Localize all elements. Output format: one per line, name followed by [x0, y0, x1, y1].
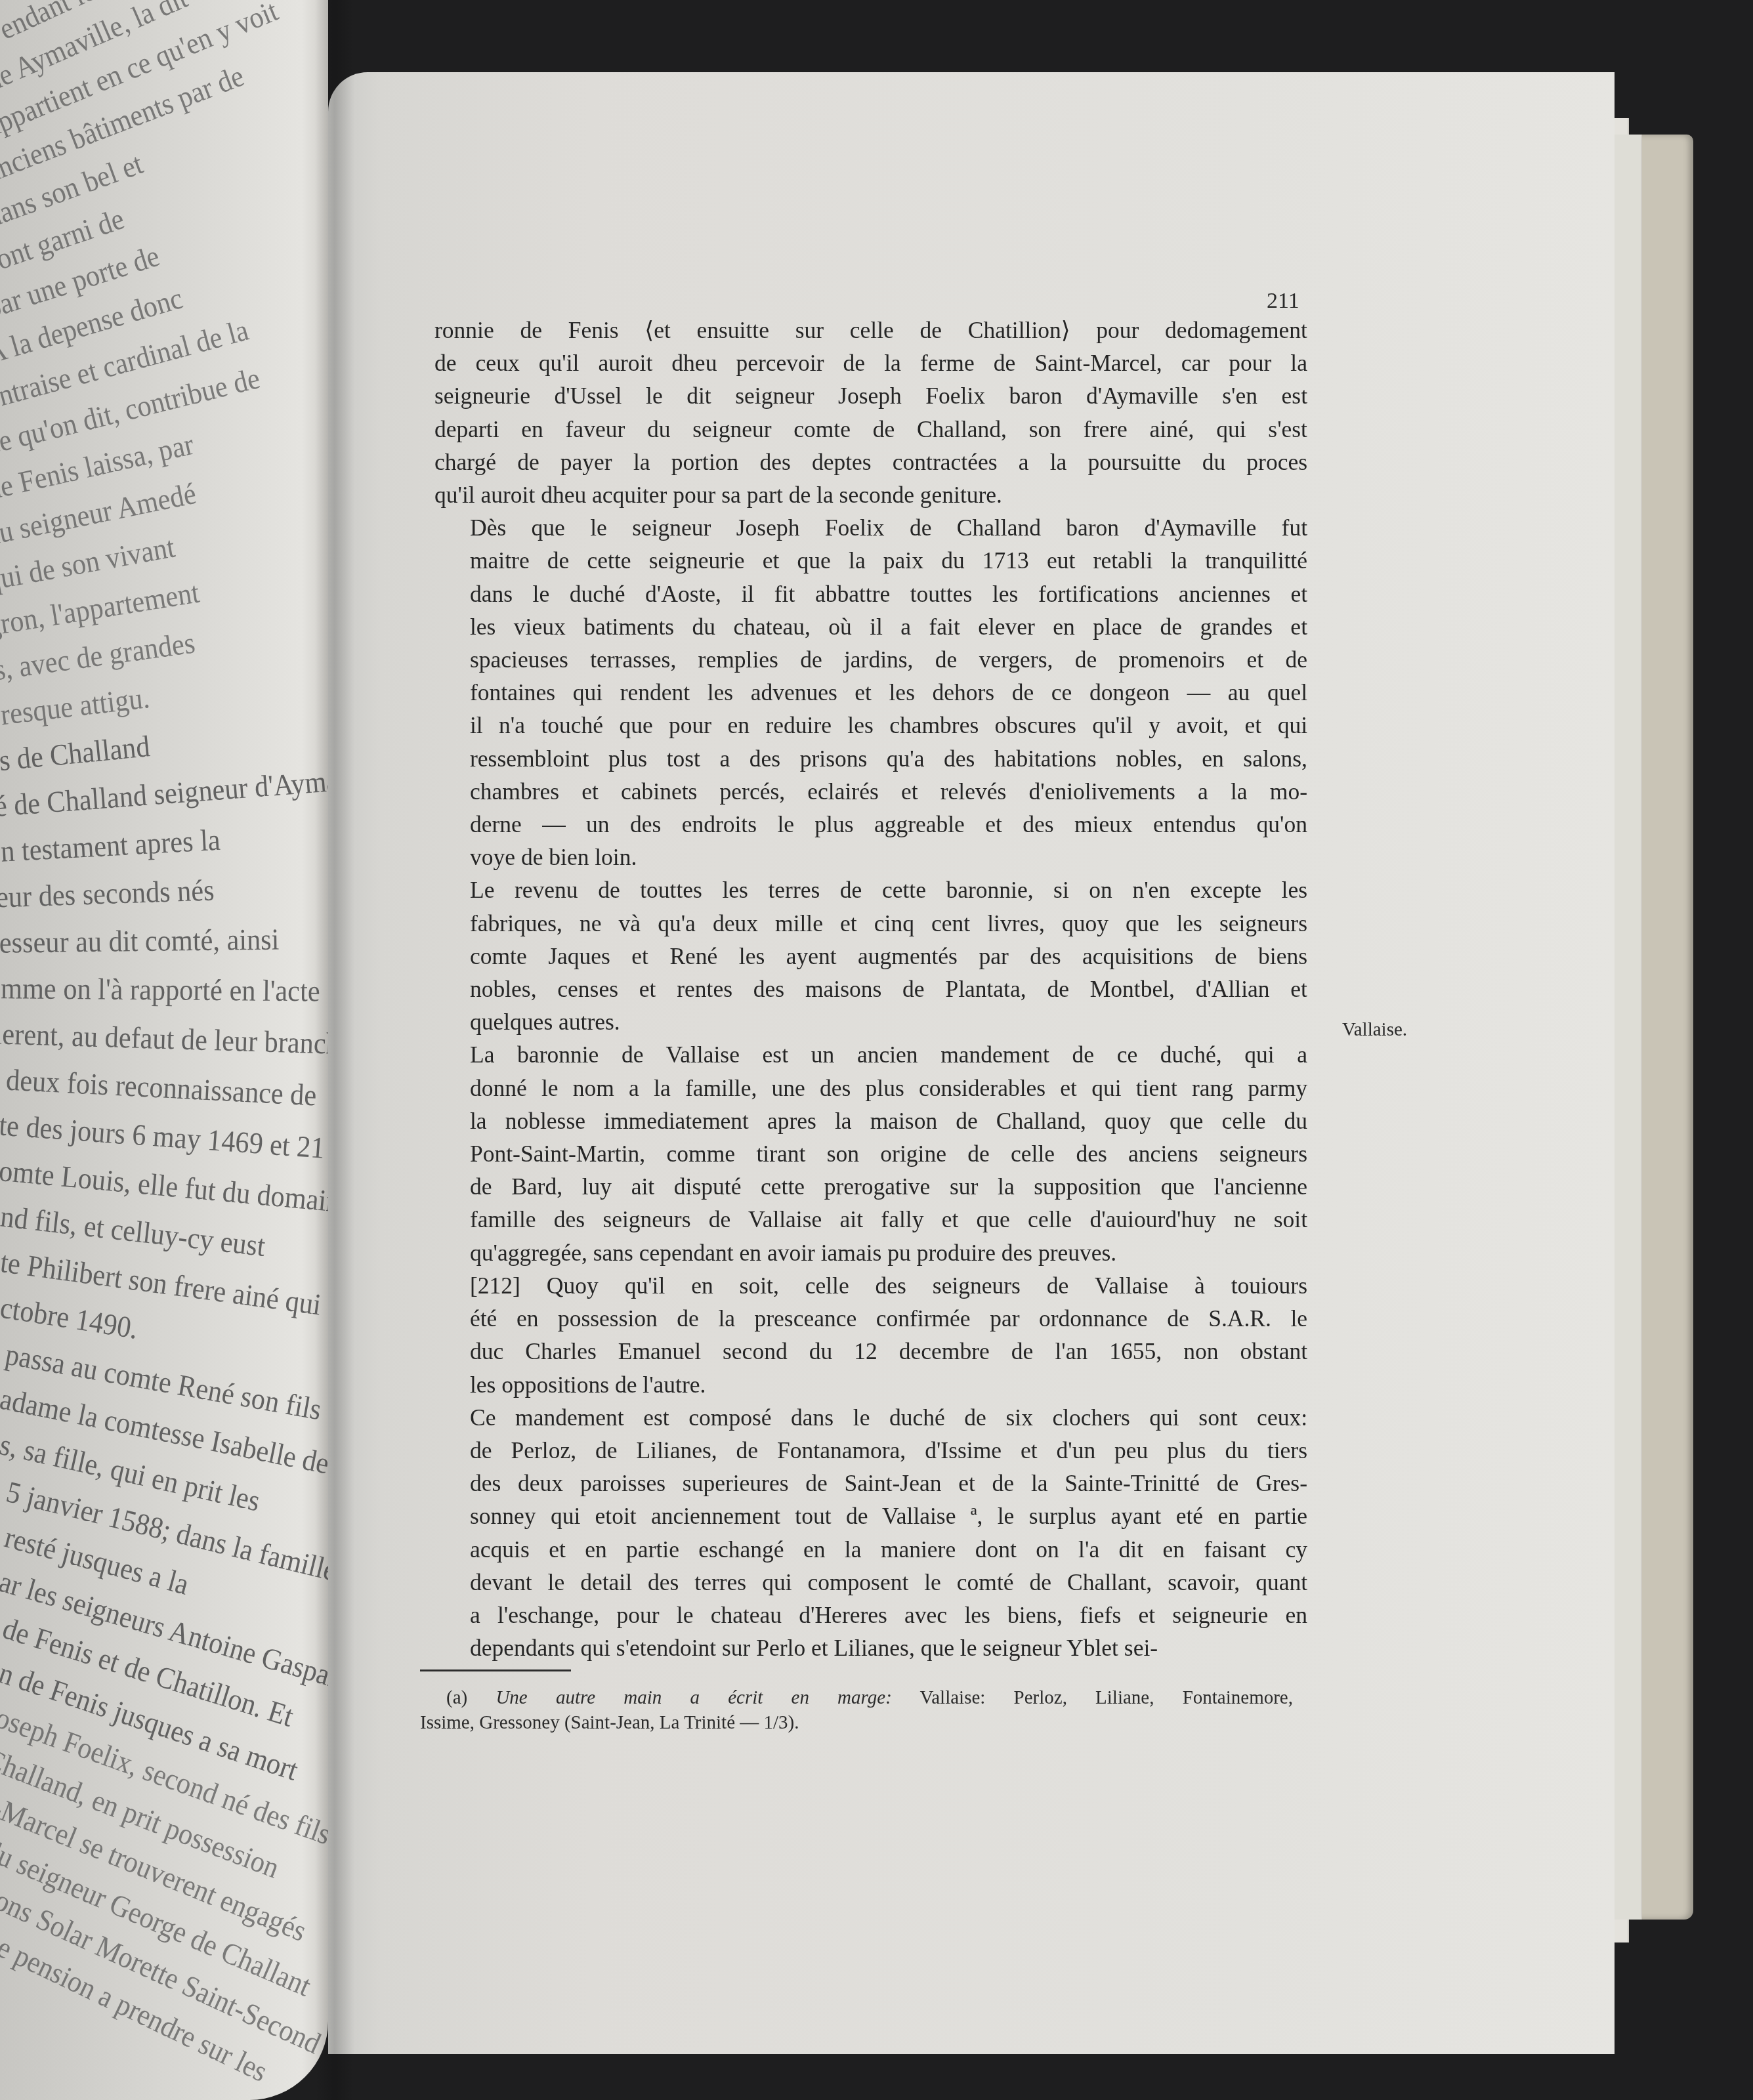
text-line: de Bard, luy ait disputé cette prerogati…	[434, 1170, 1307, 1203]
text-line: devant le detail des terres qui composen…	[434, 1566, 1307, 1599]
left-page-line: es de Challand	[0, 728, 152, 779]
text-line: Ce mandement est composé dans le duché d…	[434, 1401, 1307, 1434]
footnote: (a) Une autre main a écrit en marge: Val…	[420, 1685, 1293, 1735]
text-line: des deux paroisses superieures de Saint-…	[434, 1467, 1307, 1500]
text-line: sonney qui etoit anciennement tout de Va…	[434, 1500, 1307, 1532]
text-line: de Perloz, de Lilianes, de Fontanamora, …	[434, 1434, 1307, 1467]
text-line: Pont-Saint-Martin, comme tirant son orig…	[434, 1137, 1307, 1170]
text-line: les vieux batiments du chateau, où il a …	[434, 610, 1307, 643]
left-page-line: octobre 1490.	[0, 1288, 140, 1345]
text-line: ressembloint plus tost a des prisons qu'…	[434, 742, 1307, 775]
text-line: de ceux qu'il auroit dheu percevoir de l…	[434, 346, 1307, 379]
text-line: seigneurie d'Ussel le dit seigneur Josep…	[434, 379, 1307, 412]
text-line: departi en faveur du seigneur comte de C…	[434, 413, 1307, 446]
text-line: donné le nom a la famille, une des plus …	[434, 1072, 1307, 1104]
text-line: chambres et cabinets percés, eclairés et…	[434, 775, 1307, 808]
text-line: spacieuses terrasses, remplies de jardin…	[434, 643, 1307, 676]
text-line: [212] Quoy qu'il en soit, celle des seig…	[434, 1269, 1307, 1302]
text-line: voye de bien loin.	[434, 841, 1307, 873]
left-page-line: cte des jours 6 may 1469 et 21	[0, 1106, 326, 1165]
left-page-line: omme on l'à rapporté en l'acte	[0, 971, 320, 1008]
text-line: ronnie de Fenis ⟨et ensuitte sur celle d…	[434, 314, 1307, 346]
text-line: il n'a touché que pour en reduire les ch…	[434, 709, 1307, 742]
text-line: comte Jaques et René les ayent augmentés…	[434, 940, 1307, 973]
text-line: derne — un des endroits le plus aggreabl…	[434, 808, 1307, 841]
footnote-marker: (a)	[446, 1687, 467, 1708]
paragraph: [212] Quoy qu'il en soit, celle des seig…	[434, 1269, 1307, 1401]
footnote-text: Vallaise: Perloz, Liliane, Fontainemore,	[919, 1687, 1293, 1708]
paragraph: Ce mandement est composé dans le duché d…	[434, 1401, 1307, 1665]
text-line: dans le duché d'Aoste, il fit abbattre t…	[434, 577, 1307, 610]
left-page-line: reur des seconds nés	[0, 873, 215, 915]
left-page-line: presque attigu.	[0, 680, 152, 734]
paragraph: ronnie de Fenis ⟨et ensuitte sur celle d…	[434, 314, 1307, 511]
footnote-line-1: (a) Une autre main a écrit en marge: Val…	[420, 1685, 1293, 1710]
text-line: Le revenu de touttes les terres de cette…	[434, 873, 1307, 906]
paragraph: Dès que le seigneur Joseph Foelix de Cha…	[434, 511, 1307, 873]
text-line: qu'aggregée, sans cependant en avoir iam…	[434, 1236, 1307, 1269]
left-page-line: cesseur au dit comté, ainsi	[0, 922, 280, 960]
footnote-rule	[420, 1669, 571, 1671]
text-line: été en possession de la presceance confi…	[434, 1302, 1307, 1335]
text-line: nobles, censes et rentes des maisons de …	[434, 973, 1307, 1005]
left-page-line: llerent, au defaut de leur branche	[0, 1016, 328, 1061]
text-line: famille des seigneurs de Vallaise ait fa…	[434, 1203, 1307, 1236]
margin-note: Vallaise.	[1342, 1019, 1407, 1041]
text-line: fontaines qui rendent les advenues et le…	[434, 676, 1307, 709]
left-page-line: on testament apres la	[0, 822, 221, 870]
paragraph: Le revenu de touttes les terres de cette…	[434, 873, 1307, 1038]
text-line: a l'eschange, pour le chateau d'Hereres …	[434, 1599, 1307, 1631]
footnote-italic-lead: Une autre main a écrit en marge:	[496, 1687, 891, 1708]
text-line: acquis et en partie eschangé en la manie…	[434, 1533, 1307, 1566]
text-line: la noblesse immediatement apres la maiso…	[434, 1104, 1307, 1137]
text-line: quelques autres.	[434, 1005, 1307, 1038]
text-line: qu'il auroit dheu acquiter pour sa part …	[434, 478, 1307, 511]
text-line: dependants qui s'etendoint sur Perlo et …	[434, 1631, 1307, 1664]
text-line: duc Charles Emanuel second du 12 decembr…	[434, 1335, 1307, 1368]
text-line: La baronnie de Vallaise est un ancien ma…	[434, 1038, 1307, 1071]
page-number: 211	[1267, 289, 1299, 314]
book-gutter	[315, 0, 354, 2100]
body-text: ronnie de Fenis ⟨et ensuitte sur celle d…	[434, 314, 1307, 1664]
left-page: Pendant le chateau de lade Aymaville, la…	[0, 0, 328, 2100]
footnote-line-2: Issime, Gressoney (Saint-Jean, La Trinit…	[420, 1710, 1293, 1735]
text-line: chargé de payer la portion des deptes co…	[434, 446, 1307, 478]
text-line: les oppositions de l'autre.	[434, 1368, 1307, 1401]
left-page-line: é deux fois reconnaissance de	[0, 1061, 318, 1112]
text-line: Dès que le seigneur Joseph Foelix de Cha…	[434, 511, 1307, 544]
paragraph: La baronnie de Vallaise est un ancien ma…	[434, 1038, 1307, 1269]
text-line: maitre de cette seigneurie et que la pai…	[434, 544, 1307, 577]
text-line: fabriques, ne và qu'a deux mille et cinq…	[434, 907, 1307, 940]
